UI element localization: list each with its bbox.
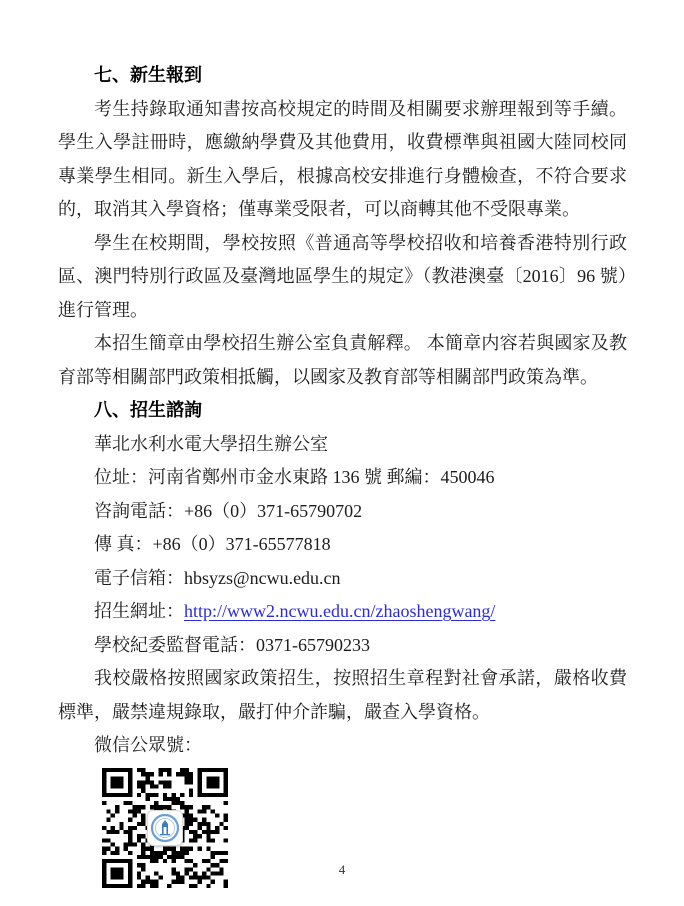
document-page: 七、新生報到 考生持錄取通知書按高校規定的時間及相關要求辦理報到等手續。 學生入… xyxy=(0,0,684,906)
section-admissions-consultation: 八、招生諮詢 華北水利水電大學招生辦公室 位址：河南省鄭州市金水東路 136 號… xyxy=(58,394,627,888)
website-label: 招生網址： xyxy=(94,601,184,621)
phone-line: 咨詢電話：+86（0）371-65790702 xyxy=(58,495,627,529)
admissions-website-link[interactable]: http://www2.ncwu.edu.cn/zhaoshengwang/ xyxy=(184,601,495,621)
university-logo-icon xyxy=(147,810,183,846)
supervision-phone-line: 學校紀委監督電話：0371-65790233 xyxy=(58,629,627,663)
office-name-line: 華北水利水電大學招生辦公室 xyxy=(58,428,627,462)
fax-line: 傳 真：+86（0）371-65577818 xyxy=(58,528,627,562)
email-line: 電子信箱：hbsyzs@ncwu.edu.cn xyxy=(58,562,627,596)
page-number: 4 xyxy=(339,862,346,877)
registration-paragraph-1: 考生持錄取通知書按高校規定的時間及相關要求辦理報到等手續。 學生入學註冊時，應繳… xyxy=(58,93,627,227)
document-content: 七、新生報到 考生持錄取通知書按高校規定的時間及相關要求辦理報到等手續。 學生入… xyxy=(58,59,627,888)
section-8-heading: 八、招生諮詢 xyxy=(58,394,627,428)
commitment-paragraph: 我校嚴格按照國家政策招生，按照招生章程對社會承諾，嚴格收費標準，嚴禁違規錄取，嚴… xyxy=(58,662,627,729)
registration-paragraph-3: 本招生簡章由學校招生辦公室負責解釋。 本簡章内容若與國家及教育部等相關部門政策相… xyxy=(58,327,627,394)
website-line: 招生網址：http://www2.ncwu.edu.cn/zhaoshengwa… xyxy=(58,595,627,629)
section-new-student-registration: 七、新生報到 考生持錄取通知書按高校規定的時間及相關要求辦理報到等手續。 學生入… xyxy=(58,59,627,394)
registration-paragraph-2: 學生在校期間，學校按照《普通高等學校招收和培養香港特別行政區、澳門特別行政區及臺… xyxy=(58,227,627,328)
page-footer: 4 xyxy=(0,862,684,878)
section-7-heading: 七、新生報到 xyxy=(58,59,627,93)
wechat-label: 微信公眾號： xyxy=(58,729,627,763)
address-line: 位址：河南省鄭州市金水東路 136 號 郵編：450046 xyxy=(58,461,627,495)
